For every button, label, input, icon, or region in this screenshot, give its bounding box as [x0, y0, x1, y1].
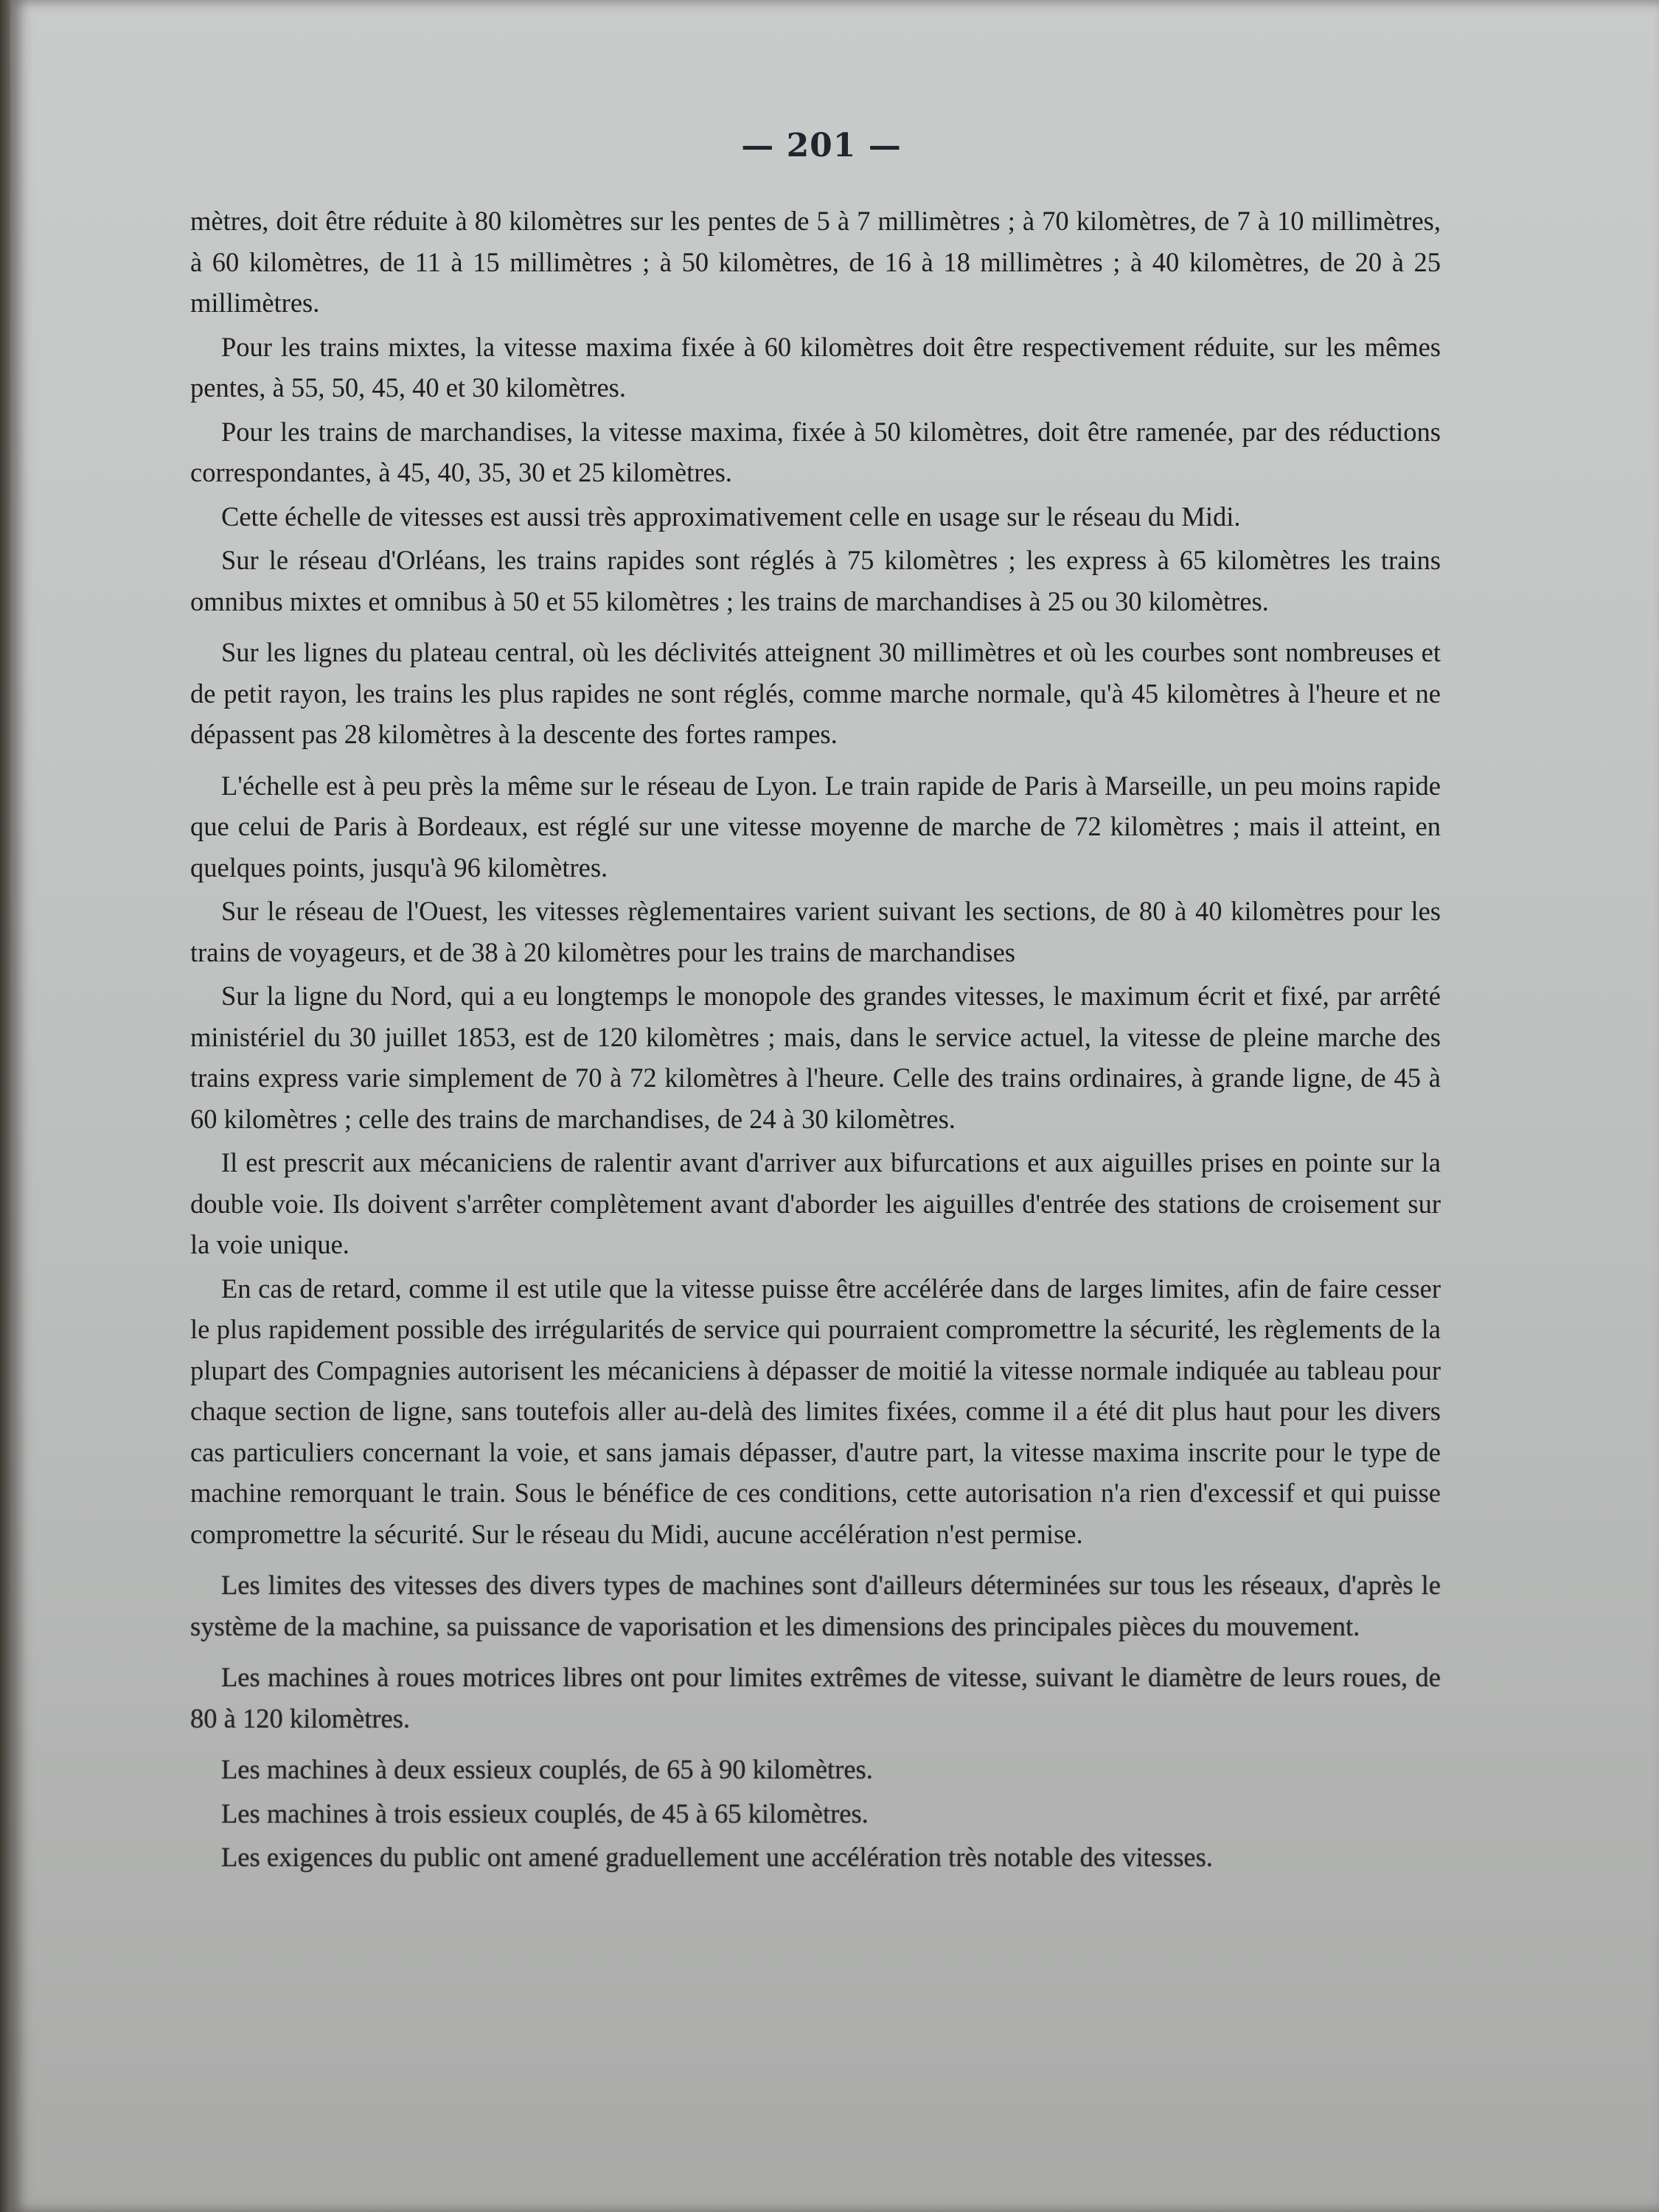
paragraph-delay-acceleration: En cas de retard, comme il est utile que…	[190, 1268, 1441, 1558]
paragraph-nord-line: Sur la ligne du Nord, qui a eu longtemps…	[190, 975, 1441, 1142]
paragraph-mixed-trains: Pour les trains mixtes, la vitesse maxim…	[190, 327, 1441, 411]
paragraph-machine-speed-limits: Les limites des vitesses des divers type…	[190, 1557, 1441, 1649]
paragraph-ouest-network: Sur le réseau de l'Ouest, les vitesses r…	[190, 891, 1441, 975]
paragraph-plateau-central: Sur les lignes du plateau central, où le…	[190, 625, 1441, 758]
paragraph-midi-network: Cette échelle de vitesses est aussi très…	[190, 496, 1441, 540]
paragraph-free-driving-wheels: Les machines à roues motrices libres ont…	[190, 1649, 1441, 1742]
paragraph-three-coupled-axles: Les machines à trois essieux couplés, de…	[190, 1793, 1441, 1837]
paragraph-two-coupled-axles: Les machines à deux essieux couplés, de …	[190, 1742, 1441, 1793]
paragraph-continued-speed-reductions: mètres, doit être réduite à 80 kilomètre…	[190, 201, 1441, 327]
paragraph-orleans-network: Sur le réseau d'Orléans, les trains rapi…	[190, 540, 1441, 625]
paragraph-slowing-at-junctions: Il est prescrit aux mécaniciens de ralen…	[190, 1142, 1441, 1268]
book-page: — 201 — mètres, doit être réduite à 80 k…	[10, 0, 1659, 2212]
paragraph-freight-trains: Pour les trains de marchandises, la vite…	[190, 411, 1441, 496]
page-number: — 201 —	[10, 127, 1632, 164]
paragraph-public-demands: Les exigences du public ont amené gradue…	[190, 1837, 1441, 1881]
body-text: mètres, doit être réduite à 80 kilomètre…	[190, 201, 1441, 1881]
paragraph-lyon-network: L'échelle est à peu près la même sur le …	[190, 758, 1441, 891]
book-binding-edge	[0, 0, 10, 2212]
